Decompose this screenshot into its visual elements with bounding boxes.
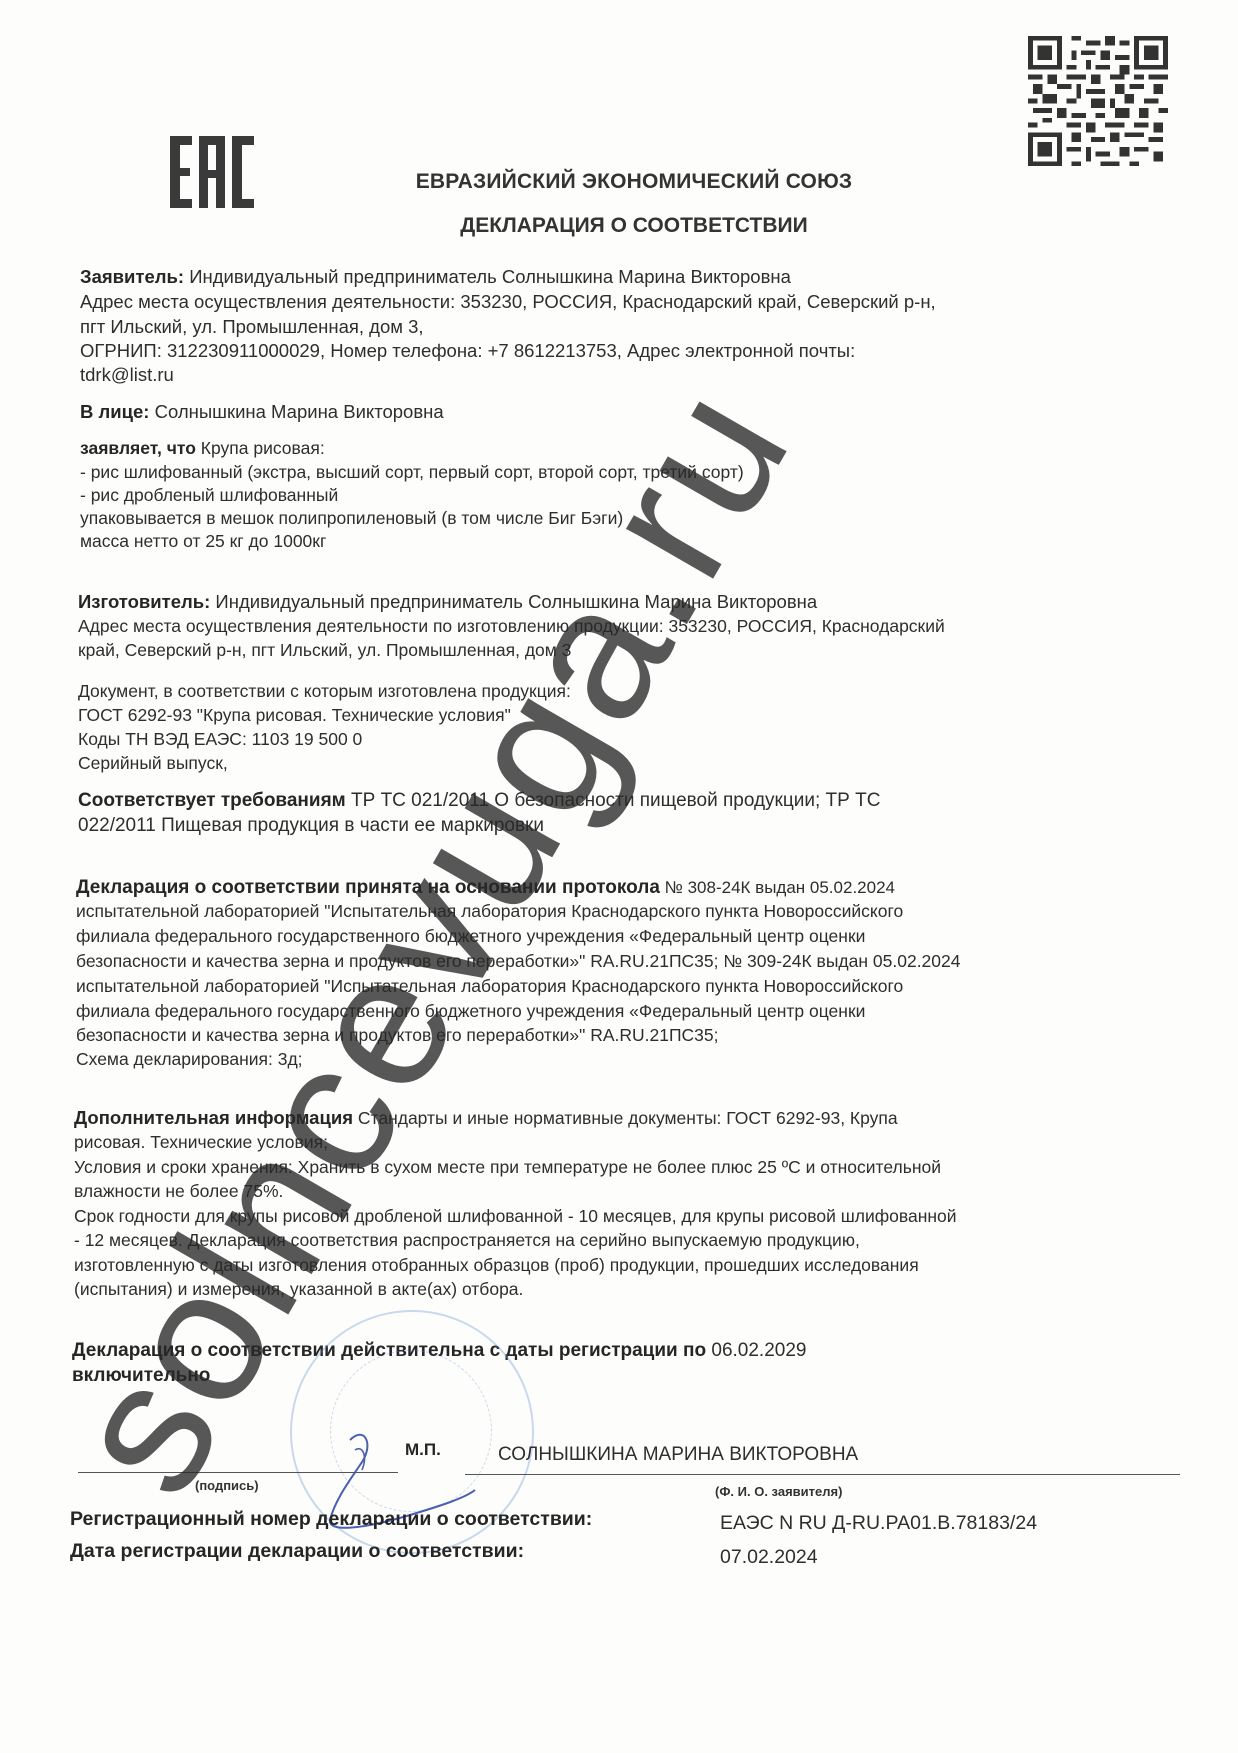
applicant-line: Заявитель: Индивидуальный предпринимател… bbox=[80, 265, 791, 288]
protocol-label: Декларация о соответствии принята на осн… bbox=[76, 877, 660, 898]
additional-info-line: Условия и сроки хранения: Хранить в сухо… bbox=[74, 1156, 941, 1179]
registration-number-value: ЕАЭС N RU Д-RU.РА01.В.78183/24 bbox=[720, 1512, 1037, 1535]
declares-product: Крупа рисовая: bbox=[196, 438, 325, 458]
registration-number-label: Регистрационный номер декларации о соотв… bbox=[70, 1508, 592, 1531]
conformity-line-1: Соответствует требованиям ТР ТС 021/2011… bbox=[78, 789, 880, 812]
manufacturer-address-2: край, Северский р-н, пгт Ильский, ул. Пр… bbox=[78, 639, 571, 662]
basis-line: Серийный выпуск, bbox=[78, 752, 228, 775]
represented-by-label: В лице: bbox=[80, 401, 149, 422]
union-title: ЕВРАЗИЙСКИЙ ЭКОНОМИЧЕСКИЙ СОЮЗ bbox=[0, 170, 1238, 194]
applicant-contacts: ОГРНИП: 312230911000029, Номер телефона:… bbox=[80, 339, 855, 362]
signature-line bbox=[78, 1472, 398, 1473]
name-caption: (Ф. И. О. заявителя) bbox=[715, 1484, 842, 1499]
basis-line: ГОСТ 6292-93 "Крупа рисовая. Технические… bbox=[78, 704, 511, 727]
validity-date: 06.02.2029 bbox=[706, 1340, 806, 1361]
declares-item: - рис дробленый шлифованный bbox=[80, 484, 338, 507]
name-line bbox=[465, 1474, 1180, 1475]
represented-by-name: Солнышкина Марина Викторовна bbox=[149, 401, 443, 422]
applicant-address-1: Адрес места осуществления деятельности: … bbox=[80, 290, 936, 313]
protocol-line: испытательной лабораторией "Испытательна… bbox=[76, 900, 903, 923]
additional-info-line: - 12 месяцев. Декларация соответствия ра… bbox=[74, 1229, 860, 1252]
registration-date-label: Дата регистрации декларации о соответств… bbox=[70, 1540, 524, 1563]
additional-info-line-1: Дополнительная информация Стандарты и ин… bbox=[74, 1106, 898, 1130]
qr-code-icon bbox=[1028, 35, 1168, 167]
protocol-line: филиала федерального государственного бю… bbox=[76, 925, 865, 948]
declares-item: - рис шлифованный (экстра, высший сорт, … bbox=[80, 461, 744, 484]
applicant-full-name: СОЛНЫШКИНА МАРИНА ВИКТОРОВНА bbox=[498, 1443, 858, 1466]
conformity-label: Соответствует требованиям bbox=[78, 790, 346, 811]
protocol-line: безопасности и качества зерна и продукто… bbox=[76, 1024, 719, 1047]
declares-item: упаковывается в мешок полипропиленовый (… bbox=[80, 507, 623, 530]
declares-item: масса нетто от 25 кг до 1000кг bbox=[80, 530, 326, 553]
applicant-address-2: пгт Ильский, ул. Промышленная, дом 3, bbox=[80, 315, 424, 338]
protocol-line: филиала федерального государственного бю… bbox=[76, 1000, 865, 1023]
declares-label: заявляет, что bbox=[80, 438, 196, 458]
applicant-name: Индивидуальный предприниматель Солнышкин… bbox=[184, 266, 791, 287]
additional-info-line: изготовленную с даты изготовления отобра… bbox=[74, 1254, 919, 1277]
manufacturer-line: Изготовитель: Индивидуальный предпринима… bbox=[78, 590, 817, 613]
declaration-scheme: Схема декларирования: 3д; bbox=[76, 1048, 303, 1071]
conformity-line-2: 022/2011 Пищевая продукция в части ее ма… bbox=[78, 814, 544, 837]
registration-date-value: 07.02.2024 bbox=[720, 1546, 818, 1569]
basis-line: Коды ТН ВЭД ЕАЭС: 1103 19 500 0 bbox=[78, 728, 362, 751]
additional-info-line: Срок годности для крупы рисовой дроблено… bbox=[74, 1205, 957, 1228]
basis-line: Документ, в соответствии с которым изгот… bbox=[78, 680, 571, 703]
stamp-place-label: М.П. bbox=[405, 1438, 441, 1461]
protocol-number-1: № 308-24К выдан 05.02.2024 bbox=[660, 878, 895, 897]
additional-info-line: влажности не более 75%. bbox=[74, 1180, 283, 1203]
conformity-text-1: ТР ТС 021/2011 О безопасности пищевой пр… bbox=[346, 790, 881, 811]
manufacturer-label: Изготовитель: bbox=[78, 591, 210, 612]
protocol-line-1: Декларация о соответствии принята на осн… bbox=[76, 876, 895, 899]
manufacturer-address-1: Адрес места осуществления деятельности п… bbox=[78, 615, 945, 638]
represented-by: В лице: Солнышкина Марина Викторовна bbox=[80, 400, 444, 423]
additional-info-line: рисовая. Технические условия; bbox=[74, 1131, 328, 1154]
applicant-email: tdrk@list.ru bbox=[80, 363, 174, 386]
manufacturer-name: Индивидуальный предприниматель Солнышкин… bbox=[210, 591, 817, 612]
protocol-line: безопасности и качества зерна и продукто… bbox=[76, 950, 961, 973]
protocol-line: испытательной лабораторией "Испытательна… bbox=[76, 975, 903, 998]
additional-info-text-1: Стандарты и иные нормативные документы: … bbox=[353, 1108, 898, 1128]
additional-info-line: (испытания) и измерения, указанной в акт… bbox=[74, 1278, 523, 1301]
declares-line: заявляет, что Крупа рисовая: bbox=[80, 437, 325, 460]
applicant-label: Заявитель: bbox=[80, 266, 184, 287]
additional-info-label: Дополнительная информация bbox=[74, 1107, 353, 1128]
document-title: ДЕКЛАРАЦИЯ О СООТВЕТСТВИИ bbox=[0, 214, 1238, 238]
validity-inclusive: включительно bbox=[72, 1364, 210, 1387]
signature-caption: (подпись) bbox=[195, 1478, 259, 1493]
